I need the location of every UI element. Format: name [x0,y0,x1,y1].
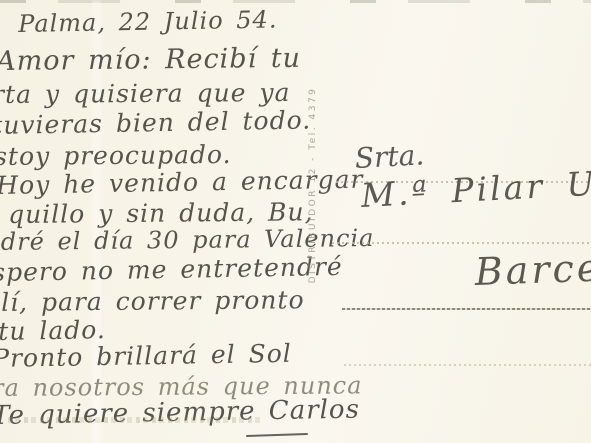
message-line: Pronto brillará el Sol [0,339,292,373]
message-line: Te quiere siempre Carlos [0,395,360,431]
address-dotted-line [332,242,591,244]
message-line: tuvieras bien del todo. [0,105,311,140]
faint-printed-caption [8,417,260,423]
message-line: stoy preocupado. [0,140,232,171]
message-line: rta y quisiera que ya [0,78,291,109]
address-dotted-line [342,308,591,310]
message-line: Amor mío: Recibí tu [0,43,301,77]
address-salutation: Srta. [354,138,425,175]
message-line: llí, para correr pronto [0,285,305,317]
address-city: Barcel [474,245,591,294]
scan-edge-marks [0,0,591,3]
signature-underline [246,433,308,437]
printer-credit: DISTRIBUIDOR 12 - Tel. 4379 [308,65,324,305]
message-line: Palma, 22 Julio 54. [18,5,278,38]
postcard: Palma, 22 Julio 54. Amor mío: Recibí tu … [0,0,591,443]
address-dotted-line [344,364,591,366]
message-line: spero no me entretendré [0,252,343,287]
